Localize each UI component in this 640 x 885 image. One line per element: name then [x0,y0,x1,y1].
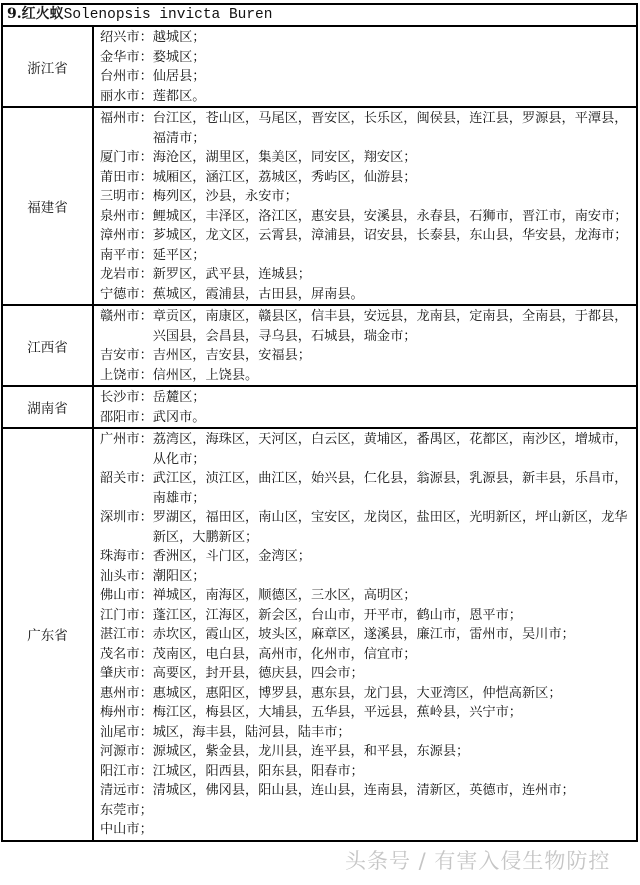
district-list: 城区，海丰县，陆河县，陆丰市； [153,725,351,740]
separator: ： [140,209,153,224]
district-list: 岳麓区； [153,390,206,405]
city-name: 深圳市 [100,508,140,547]
city-entry: 三明市：梅列区，沙县，永安市； [100,187,632,207]
city-name: 茂名市 [100,647,140,662]
title-row: 9.红火蚁Solenopsis invicta Buren [2,4,637,26]
separator: ： [140,430,153,469]
city-name: 厦门市 [100,150,140,165]
city-name: 中山市 [100,822,140,837]
city-name: 龙岩市 [100,267,140,282]
district-list: 惠城区，惠阳区，博罗县，惠东县，龙门县，大亚湾区，仲恺高新区； [153,686,562,701]
city-entry: 东莞市； [100,801,632,821]
city-name: 佛山市 [100,588,140,603]
city-name: 邵阳市 [100,410,140,425]
district-list: 仙居县； [153,69,206,84]
city-name: 惠州市 [100,686,140,701]
city-name: 赣州市 [100,307,140,346]
city-name: 台州市 [100,69,140,84]
city-name: 绍兴市 [100,30,140,45]
city-list: 绍兴市：越城区；金华市：婺城区；台州市：仙居县；丽水市：莲都区。 [93,26,637,107]
district-list: 台江区，苍山区，马尾区，晋安区，长乐区，闽侯县，连江县，罗源县，平潭县，福清市； [153,109,632,148]
species-chinese-name: 红火蚁 [22,6,64,22]
district-list: 清城区，佛冈县，阳山县，连山县，连南县，清新区，英德市，连州市； [153,783,575,798]
district-list: 荔湾区，海珠区，天河区，白云区，黄埔区，番禺区，花都区，南沙区，增城市，从化市； [153,430,632,469]
city-name: 金华市 [100,50,140,65]
province-row: 浙江省绍兴市：越城区；金华市：婺城区；台州市：仙居县；丽水市：莲都区。 [2,26,637,107]
separator: ： [140,764,153,779]
separator: ： [140,368,153,383]
city-name: 漳州市 [100,228,140,243]
city-entry: 漳州市：芗城区，龙文区，云霄县，漳浦县，诏安县，长泰县，东山县，华安县，龙海市； [100,226,632,246]
district-list: 延平区； [153,248,206,263]
separator: ： [140,608,153,623]
separator: ： [140,287,153,302]
separator: ： [140,248,153,263]
city-name: 广州市 [100,430,140,469]
province-row: 广东省广州市：荔湾区，海珠区，天河区，白云区，黄埔区，番禺区，花都区，南沙区，增… [2,428,637,841]
province-row: 福建省福州市：台江区，苍山区，马尾区，晋安区，长乐区，闽侯县，连江县，罗源县，平… [2,107,637,305]
district-list: 越城区； [153,30,206,45]
city-entry: 龙岩市：新罗区，武平县，连城县； [100,265,632,285]
city-entry: 佛山市：禅城区，南海区，顺德区，三水区，高明区； [100,586,632,606]
separator: ； [140,822,153,837]
city-entry: 韶关市：武江区，浈江区，曲江区，始兴县，仁化县，翁源县，乳源县，新丰县，乐昌市，… [100,469,632,508]
district-list: 蓬江区，江海区，新会区，台山市，开平市，鹤山市，恩平市； [153,608,522,623]
district-list: 芗城区，龙文区，云霄县，漳浦县，诏安县，长泰县，东山县，华安县，龙海市； [153,228,628,243]
district-list: 潮阳区； [153,569,206,584]
city-entry: 莆田市：城厢区，涵江区，荔城区，秀屿区，仙游县； [100,168,632,188]
city-name: 泉州市 [100,209,140,224]
province-row: 江西省赣州市：章贡区，南康区，赣县区，信丰县，安远县，龙南县，定南县，全南县，于… [2,305,637,386]
city-entry: 金华市：婺城区； [100,48,632,68]
district-list: 源城区，紫金县，龙川县，连平县，和平县，东源县； [153,744,470,759]
city-name: 南平市 [100,248,140,263]
separator: ： [140,30,153,45]
city-entry: 茂名市：茂南区，电白县，高州市，化州市，信宜市； [100,645,632,665]
city-entry: 汕头市：潮阳区； [100,567,632,587]
separator: ： [140,666,153,681]
district-list: 婺城区； [153,50,206,65]
city-entry: 广州市：荔湾区，海珠区，天河区，白云区，黄埔区，番禺区，花都区，南沙区，增城市，… [100,430,632,469]
city-list: 长沙市：岳麓区；邵阳市：武冈市。 [93,386,637,428]
city-list: 福州市：台江区，苍山区，马尾区，晋安区，长乐区，闽侯县，连江县，罗源县，平潭县，… [93,107,637,305]
city-name: 福州市 [100,109,140,148]
city-entry: 阳江市：江城区，阳西县，阳东县，阳春市； [100,762,632,782]
district-list: 武江区，浈江区，曲江区，始兴县，仁化县，翁源县，乳源县，新丰县，乐昌市，南雄市； [153,469,632,508]
city-name: 韶关市 [100,469,140,508]
city-entry: 珠海市：香洲区，斗门区，金湾区； [100,547,632,567]
distribution-table: 9.红火蚁Solenopsis invicta Buren 浙江省绍兴市：越城区… [1,3,638,842]
city-entry: 深圳市：罗湖区，福田区，南山区，宝安区，龙岗区，盐田区，光明新区，坪山新区，龙华… [100,508,632,547]
district-list: 罗湖区，福田区，南山区，宝安区，龙岗区，盐田区，光明新区，坪山新区，龙华新区，大… [153,508,632,547]
district-list: 新罗区，武平县，连城县； [153,267,311,282]
city-name: 莆田市 [100,170,140,185]
city-name: 三明市 [100,189,140,204]
province-name: 广东省 [2,428,93,841]
separator: ： [140,89,153,104]
city-name: 丽水市 [100,89,140,104]
district-list: 武冈市。 [153,410,206,425]
separator: ： [140,410,153,425]
separator: ： [140,508,153,547]
separator: ： [140,627,153,642]
separator: ： [140,549,153,564]
district-list: 城厢区，涵江区，荔城区，秀屿区，仙游县； [153,170,417,185]
city-name: 宁德市 [100,287,140,302]
city-entry: 上饶市：信州区，上饶县。 [100,366,632,386]
city-entry: 厦门市：海沧区，湖里区，集美区，同安区，翔安区； [100,148,632,168]
city-entry: 梅州市：梅江区，梅县区，大埔县，五华县，平远县，蕉岭县，兴宁市； [100,703,632,723]
district-list: 禅城区，南海区，顺德区，三水区，高明区； [153,588,417,603]
city-entry: 台州市：仙居县； [100,67,632,87]
city-list: 广州市：荔湾区，海珠区，天河区，白云区，黄埔区，番禺区，花都区，南沙区，增城市，… [93,428,637,841]
district-list: 高要区，封开县，德庆县，四会市； [153,666,364,681]
separator: ： [140,189,153,204]
city-list: 赣州市：章贡区，南康区，赣县区，信丰县，安远县，龙南县，定南县，全南县，于都县，… [93,305,637,386]
separator: ： [140,307,153,346]
city-entry: 绍兴市：越城区； [100,28,632,48]
city-name: 河源市 [100,744,140,759]
city-entry: 赣州市：章贡区，南康区，赣县区，信丰县，安远县，龙南县，定南县，全南县，于都县，… [100,307,632,346]
separator: ： [140,588,153,603]
district-list: 莲都区。 [153,89,206,104]
district-list: 江城区，阳西县，阳东县，阳春市； [153,764,364,779]
city-name: 梅州市 [100,705,140,720]
province-name: 湖南省 [2,386,93,428]
city-entry: 邵阳市：武冈市。 [100,408,632,428]
city-entry: 长沙市：岳麓区； [100,388,632,408]
city-name: 清远市 [100,783,140,798]
district-list: 梅江区，梅县区，大埔县，五华县，平远县，蕉岭县，兴宁市； [153,705,522,720]
separator: ： [140,569,153,584]
city-entry: 河源市：源城区，紫金县，龙川县，连平县，和平县，东源县； [100,742,632,762]
city-entry: 肇庆市：高要区，封开县，德庆县，四会市； [100,664,632,684]
separator: ： [140,686,153,701]
separator: ： [140,150,153,165]
separator: ： [140,109,153,148]
city-entry: 清远市：清城区，佛冈县，阳山县，连山县，连南县，清新区，英德市，连州市； [100,781,632,801]
district-list: 鲤城区，丰泽区，洛江区，惠安县，安溪县，永春县，石狮市，晋江市，南安市； [153,209,628,224]
city-entry: 汕尾市：城区，海丰县，陆河县，陆丰市； [100,723,632,743]
province-name: 福建省 [2,107,93,305]
city-entry: 福州市：台江区，苍山区，马尾区，晋安区，长乐区，闽侯县，连江县，罗源县，平潭县，… [100,109,632,148]
city-name: 长沙市 [100,390,140,405]
city-name: 湛江市 [100,627,140,642]
district-list: 海沧区，湖里区，集美区，同安区，翔安区； [153,150,417,165]
district-list: 信州区，上饶县。 [153,368,259,383]
city-entry: 惠州市：惠城区，惠阳区，博罗县，惠东县，龙门县，大亚湾区，仲恺高新区； [100,684,632,704]
city-entry: 中山市； [100,820,632,840]
city-name: 上饶市 [100,368,140,383]
district-list: 吉州区，吉安县，安福县； [153,348,311,363]
species-number: 9. [7,6,22,22]
city-name: 江门市 [100,608,140,623]
district-list: 茂南区，电白县，高州市，化州市，信宜市； [153,647,417,662]
city-name: 汕头市 [100,569,140,584]
city-name: 汕尾市 [100,725,140,740]
city-name: 阳江市 [100,764,140,779]
city-entry: 湛江市：赤坎区，霞山区，坡头区，麻章区，遂溪县，廉江市，雷州市，吴川市； [100,625,632,645]
species-latin-name: Solenopsis invicta Buren [64,7,273,23]
separator: ； [140,803,153,818]
separator: ： [140,647,153,662]
city-name: 吉安市 [100,348,140,363]
separator: ： [140,50,153,65]
district-list: 赤坎区，霞山区，坡头区，麻章区，遂溪县，廉江市，雷州市，吴川市； [153,627,575,642]
province-row: 湖南省长沙市：岳麓区；邵阳市：武冈市。 [2,386,637,428]
city-name: 东莞市 [100,803,140,818]
city-entry: 丽水市：莲都区。 [100,87,632,107]
district-list: 香洲区，斗门区，金湾区； [153,549,311,564]
separator: ： [140,725,153,740]
separator: ： [140,705,153,720]
separator: ： [140,469,153,508]
city-entry: 吉安市：吉州区，吉安县，安福县； [100,346,632,366]
separator: ： [140,170,153,185]
province-name: 浙江省 [2,26,93,107]
city-entry: 江门市：蓬江区，江海区，新会区，台山市，开平市，鹤山市，恩平市； [100,606,632,626]
separator: ： [140,228,153,243]
watermark: 头条号 / 有害入侵生物防控 [345,845,610,875]
city-entry: 宁德市：蕉城区，霞浦县，古田县，屏南县。 [100,285,632,305]
separator: ： [140,348,153,363]
district-list: 章贡区，南康区，赣县区，信丰县，安远县，龙南县，定南县，全南县，于都县，兴国县，… [153,307,632,346]
district-list: 蕉城区，霞浦县，古田县，屏南县。 [153,287,364,302]
city-entry: 南平市：延平区； [100,246,632,266]
city-entry: 泉州市：鲤城区，丰泽区，洛江区，惠安县，安溪县，永春县，石狮市，晋江市，南安市； [100,207,632,227]
province-name: 江西省 [2,305,93,386]
city-name: 肇庆市 [100,666,140,681]
district-list: 梅列区，沙县，永安市； [153,189,298,204]
separator: ： [140,69,153,84]
separator: ： [140,744,153,759]
city-name: 珠海市 [100,549,140,564]
separator: ： [140,390,153,405]
separator: ： [140,267,153,282]
species-title: 9.红火蚁Solenopsis invicta Buren [2,4,637,26]
separator: ： [140,783,153,798]
